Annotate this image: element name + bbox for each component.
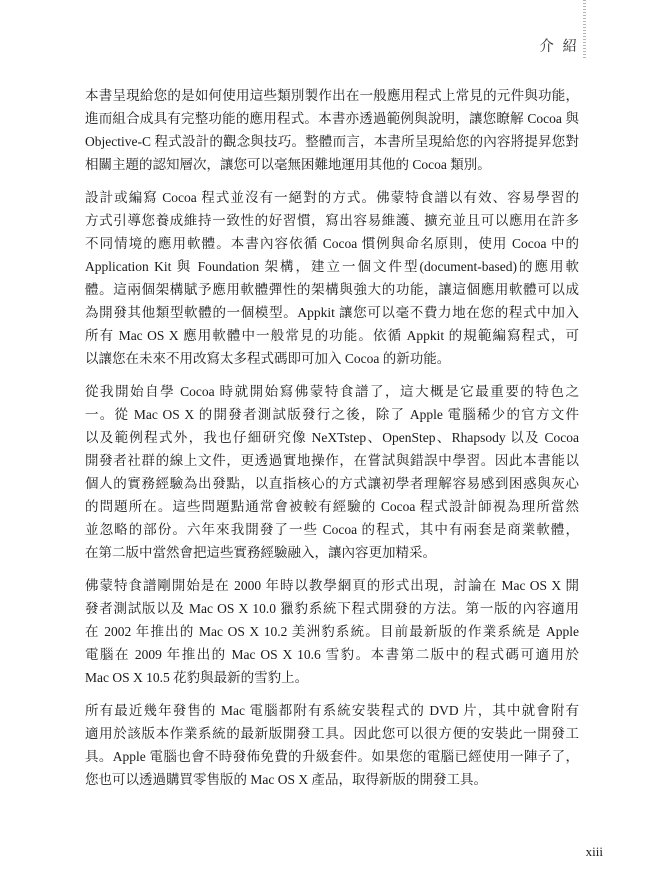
body-text: 本書呈現給您的是如何使用這些類別製作出在一般應用程式上常見的元件與功能，進而組合… [85,84,579,801]
text-line: 您也可以透過購買零售版的 Mac OS X 產品，取得新版的開發工具。 [85,768,579,791]
text-line: 適用於該版本作業系統的最新版開發工具。因此您可以很方便的安裝此一開發工 [85,722,579,745]
text-line: 電腦在 2009 年推出的 Mac OS X 10.6 雪豹。本書第二版中的程式… [85,643,579,666]
paragraph: 從我開始自學 Cocoa 時就開始寫佛蒙特食譜了，這大概是它最重要的特色之一。從… [85,380,579,564]
text-line: 為開發其他類型軟體的一個模型。Appkit 讓您可以毫不費力地在您的程式中加入 [85,301,579,324]
text-line: 方式引導您養成維持一致性的好習慣，寫出容易維護、擴充並且可以應用在許多 [85,209,579,232]
text-line: 並忽略的部份。六年來我開發了一些 Cocoa 的程式，其中有兩套是商業軟體， [85,518,579,541]
running-header-title: 介 紹 [539,39,577,55]
text-line: 所有最近幾年發售的 Mac 電腦都附有系統安裝程式的 DVD 片，其中就會附有 [85,699,579,722]
text-line: 設計或編寫 Cocoa 程式並沒有一絕對的方式。佛蒙特食譜以有效、容易學習的 [85,186,579,209]
text-line: Mac OS X 10.5 花豹與最新的雪豹上。 [85,666,579,689]
paragraph: 設計或編寫 Cocoa 程式並沒有一絕對的方式。佛蒙特食譜以有效、容易學習的方式… [85,186,579,370]
text-line: 的問題所在。這些問題點通常會被較有經驗的 Cocoa 程式設計師視為理所當然 [85,495,579,518]
paragraph: 佛蒙特食譜剛開始是在 2000 年時以教學網頁的形式出現，討論在 Mac OS … [85,574,579,689]
paragraph: 本書呈現給您的是如何使用這些類別製作出在一般應用程式上常見的元件與功能，進而組合… [85,84,579,176]
text-line: 發者測試版以及 Mac OS X 10.0 獵豹系統下程式開發的方法。第一版的內… [85,597,579,620]
book-page: 介 紹 本書呈現給您的是如何使用這些類別製作出在一般應用程式上常見的元件與功能，… [0,0,663,889]
paragraph: 所有最近幾年發售的 Mac 電腦都附有系統安裝程式的 DVD 片，其中就會附有適… [85,699,579,791]
text-line: 體。這兩個架構賦予應用軟體彈性的架構與強大的功能，讓這個應用軟體可以成 [85,278,579,301]
text-line: 具。Apple 電腦也會不時發佈免費的升級套件。如果您的電腦已經使用一陣子了， [85,745,579,768]
text-line: Application Kit 與 Foundation 架構，建立一個文件型(… [85,255,579,278]
text-line: 不同情境的應用軟體。本書內容依循 Cocoa 慣例與命名原則，使用 Cocoa … [85,232,579,255]
text-line: 開發者社群的線上文件，更透過實地操作，在嘗試與錯誤中學習。因此本書能以 [85,449,579,472]
text-line: 本書呈現給您的是如何使用這些類別製作出在一般應用程式上常見的元件與功能， [85,84,579,107]
text-line: 佛蒙特食譜剛開始是在 2000 年時以教學網頁的形式出現，討論在 Mac OS … [85,574,579,597]
text-line: 所有 Mac OS X 應用軟體中一般常見的功能。依循 Appkit 的規範編寫… [85,324,579,347]
text-line: 進而組合成具有完整功能的應用程式。本書亦透過範例與說明，讓您瞭解 Cocoa 與 [85,107,579,130]
text-line: 一。從 Mac OS X 的開發者測試版發行之後，除了 Apple 電腦稀少的官… [85,403,579,426]
text-line: 在第二版中當然會把這些實務經驗融入，讓內容更加精采。 [85,541,579,564]
text-line: 個人的實務經驗為出發點，以直指核心的方式讓初學者理解容易感到困惑與灰心 [85,472,579,495]
text-line: 在 2002 年推出的 Mac OS X 10.2 美洲豹系統。目前最新版的作業… [85,620,579,643]
text-line: Objective-C 程式設計的觀念與技巧。整體而言，本書所呈現給您的內容將提… [85,130,579,153]
text-line: 從我開始自學 Cocoa 時就開始寫佛蒙特食譜了，這大概是它最重要的特色之 [85,380,579,403]
text-line: 以讓您在未來不用改寫太多程式碼即可加入 Cocoa 的新功能。 [85,347,579,370]
text-line: 相關主題的認知層次，讓您可以毫無困難地運用其他的 Cocoa 類別。 [85,153,579,176]
text-line: 以及範例程式外，我也仔細研究像 NeXTstep、OpenStep、Rhapso… [85,426,579,449]
page-number: xiii [586,844,603,859]
header-dotted-rule [583,0,586,58]
